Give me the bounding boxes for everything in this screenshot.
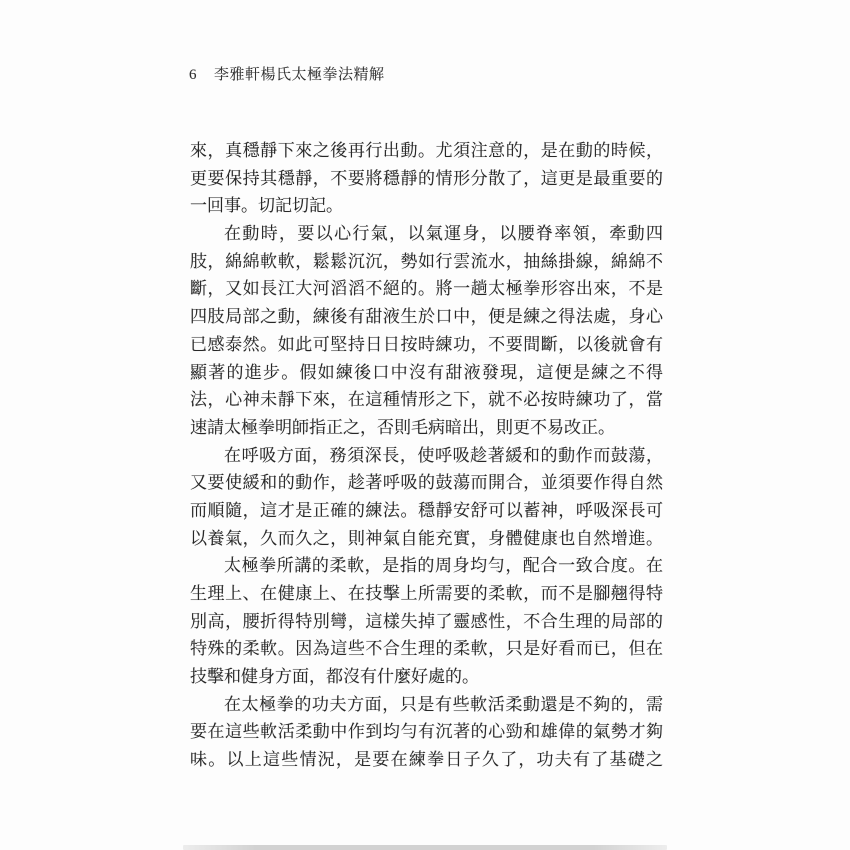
body-line: 技擊和健身方面，都沒有什麼好處的。 xyxy=(190,663,663,691)
body-line: 別高，腰折得特別彎，這樣失掉了靈感性，不合生理的局部的 xyxy=(190,608,663,636)
body-line: 速請太極拳明師指正之，否則毛病暗出，則更不易改正。 xyxy=(190,414,663,442)
body-line: 太極拳所講的柔軟，是指的周身均勻，配合一致合度。在 xyxy=(190,552,663,580)
body-line: 斷，又如長江大河滔滔不絕的。將一趟太極拳形容出來，不是 xyxy=(190,275,663,303)
body-text-block: 來，真穩靜下來之後再行出動。尤須注意的，是在動的時候， 更要保持其穩靜，不要將穩… xyxy=(190,137,663,774)
body-line: 已感泰然。如此可堅持日日按時練功，不要間斷，以後就會有 xyxy=(190,331,663,359)
body-line: 以養氣，久而久之，則神氣自能充實，身體健康也自然增進。 xyxy=(190,525,663,553)
body-line: 來，真穩靜下來之後再行出動。尤須注意的，是在動的時候， xyxy=(190,137,663,165)
body-line: 法，心神未靜下來，在這種情形之下，就不必按時練功了，當 xyxy=(190,386,663,414)
page-number: 6 xyxy=(189,67,197,84)
body-line: 而順隨，這才是正確的練法。穩靜安舒可以蓄神，呼吸深長可 xyxy=(190,497,663,525)
body-line: 肢，綿綿軟軟，鬆鬆沉沉，勢如行雲流水，抽絲掛線，綿綿不 xyxy=(190,248,663,276)
running-header: 6 李雅軒楊氏太極拳法精解 xyxy=(189,63,385,84)
body-line: 在動時，要以心行氣，以氣運身，以腰脊率領，牽動四 xyxy=(190,220,663,248)
body-line: 四肢局部之動，練後有甜液生於口中，便是練之得法處，身心 xyxy=(190,303,663,331)
body-line: 更要保持其穩靜，不要將穩靜的情形分散了，這更是最重要的 xyxy=(190,165,663,193)
scanned-book-page: 6 李雅軒楊氏太極拳法精解 來，真穩靜下來之後再行出動。尤須注意的，是在動的時候… xyxy=(0,0,850,850)
page-bottom-edge-shadow xyxy=(183,845,667,850)
body-line: 一回事。切記切記。 xyxy=(190,192,663,220)
body-line: 要在這些軟活柔動中作到均勻有沉著的心勁和雄偉的氣勢才夠 xyxy=(190,718,663,746)
body-line: 生理上、在健康上、在技擊上所需要的柔軟，而不是腳翹得特 xyxy=(190,580,663,608)
body-line: 味。以上這些情況，是要在練拳日子久了，功夫有了基礎之 xyxy=(190,746,663,774)
body-line: 在太極拳的功夫方面，只是有些軟活柔動還是不夠的，需 xyxy=(190,691,663,719)
body-line: 特殊的柔軟。因為這些不合生理的柔軟，只是好看而已，但在 xyxy=(190,635,663,663)
body-line: 又要使緩和的動作，趁著呼吸的鼓蕩而開合，並須要作得自然 xyxy=(190,469,663,497)
body-line: 顯著的進步。假如練後口中沒有甜液發現，這便是練之不得 xyxy=(190,359,663,387)
book-title: 李雅軒楊氏太極拳法精解 xyxy=(214,63,385,84)
body-line: 在呼吸方面，務須深長，使呼吸趁著緩和的動作而鼓蕩， xyxy=(190,442,663,470)
